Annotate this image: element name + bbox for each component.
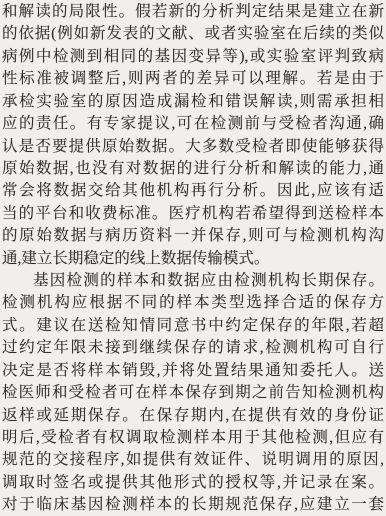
text-line: 调取时签名或提供其他形式的授权等,并记录在案。 <box>2 472 384 494</box>
text-line: 的原始数据与病历资料一并保存,则可与检测机构沟 <box>2 225 384 247</box>
text-line: 基因检测的样本和数据应由检测机构长期保存。 <box>2 270 384 292</box>
text-line: 性标准被调整后,则两者的差异可以理解。若是由于 <box>2 68 384 90</box>
text-line: 原始数据,也没有对数据的进行分析和解读的能力,通 <box>2 158 384 180</box>
text-line: 规范的交接程序,如提供有效证件、说明调用的原因, <box>2 449 384 471</box>
document-page: 和解读的局限性。假若新的分析判定结果是建立在新的依据(例如新发表的文献、或者实验… <box>0 0 386 516</box>
text-line: 检医师和受检者可在样本保存到期之前告知检测机构 <box>2 382 384 404</box>
text-line: 病例中检测到相同的基因变异等),或实验室评判致病 <box>2 46 384 68</box>
text-line: 检测机构应根据不同的样本类型选择合适的保存方 <box>2 292 384 314</box>
text-line: 通,建立长期稳定的线上数据传输模式。 <box>2 248 384 270</box>
text-line: 承检实验室的原因造成漏检和错误解读,则需承担相 <box>2 91 384 113</box>
text-line: 认是否要提供原始数据。大多数受检者即使能够获得 <box>2 136 384 158</box>
text-line: 决定是否将样本销毁,并将处置结果通知委托人。送 <box>2 360 384 382</box>
text-line: 应的责任。有专家提议,可在检测前与受检者沟通,确 <box>2 113 384 135</box>
document-body: 和解读的局限性。假若新的分析判定结果是建立在新的依据(例如新发表的文献、或者实验… <box>2 1 384 516</box>
text-line: 和解读的局限性。假若新的分析判定结果是建立在新 <box>2 1 384 23</box>
text-line: 式。建议在送检知情同意书中约定保存的年限,若超 <box>2 315 384 337</box>
text-line: 当的平台和收费标准。医疗机构若希望得到送检样本 <box>2 203 384 225</box>
text-line: 对于临床基因检测样本的长期规范保存,应建立一套 <box>2 494 384 516</box>
text-line: 的依据(例如新发表的文献、或者实验室在后续的类似 <box>2 23 384 45</box>
text-line: 返样或延期保存。在保存期内,在提供有效的身份证 <box>2 405 384 427</box>
text-line: 明后,受检者有权调取检测样本用于其他检测,但应有 <box>2 427 384 449</box>
text-line: 常会将数据交给其他机构再行分析。因此,应该有适 <box>2 180 384 202</box>
text-line: 过约定年限未接到继续保存的请求,检测机构可自行 <box>2 337 384 359</box>
